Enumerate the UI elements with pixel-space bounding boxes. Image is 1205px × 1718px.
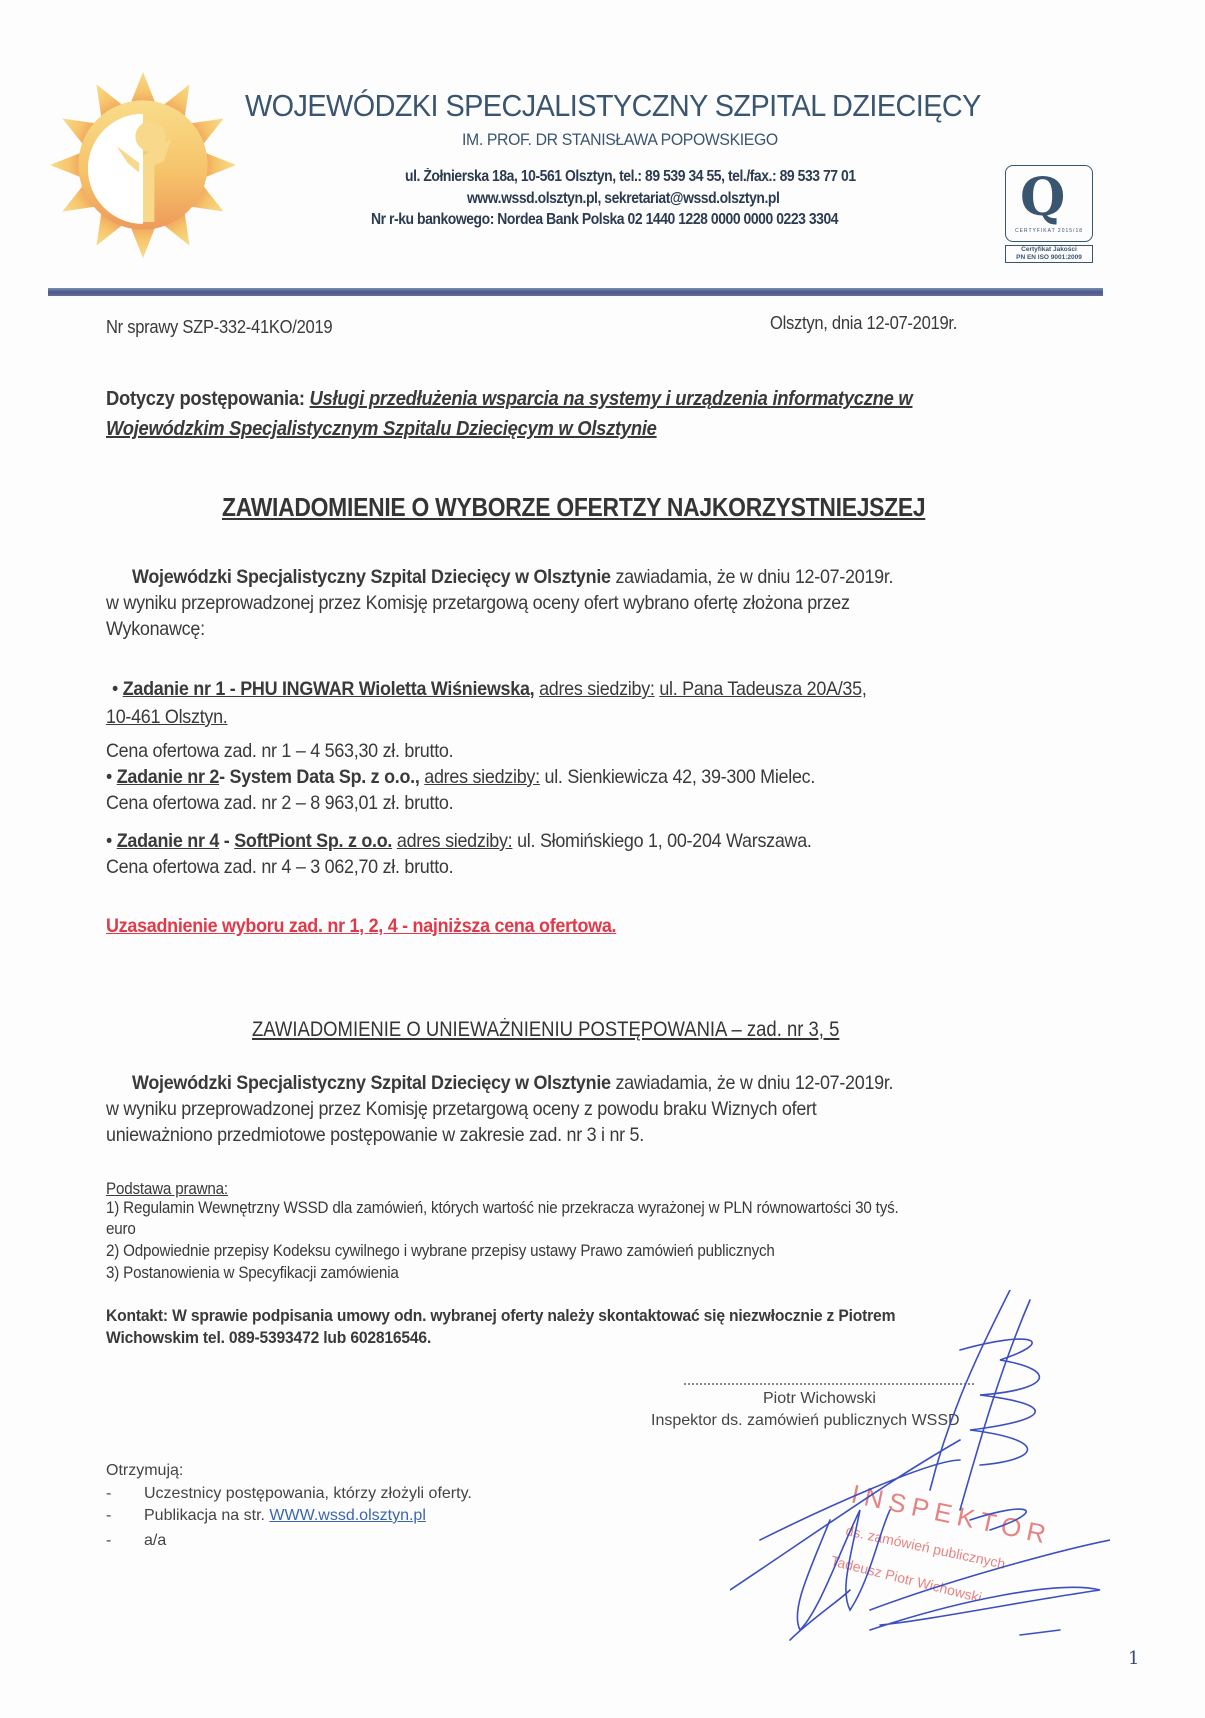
place-date: Olsztyn, dnia 12-07-2019r.: [770, 313, 957, 334]
recipients-title: Otrzymują:: [106, 1462, 183, 1480]
hospital-name-bold: Wojewódzki Specjalistyczny Szpital Dziec…: [132, 566, 611, 588]
legal-basis-item-2: 2) Odpowiednie przepisy Kodeksu cywilneg…: [106, 1242, 775, 1261]
hospital-name-bold: Wojewódzki Specjalistyczny Szpital Dziec…: [132, 1072, 611, 1094]
case-number: Nr sprawy SZP-332-41KO/2019: [106, 317, 332, 338]
certificate-label-line1: Certyfikat Jakości: [1006, 246, 1092, 254]
task-4-price: Cena ofertowa zad. nr 4 – 3 062,70 zł. b…: [106, 856, 453, 879]
task-4-address: ul. Słomińskiego 1, 00-204 Warszawa.: [517, 830, 812, 852]
selection-intro-rest: zawiadamia, że w dniu 12-07-2019r.: [611, 566, 894, 588]
task-4-name: SoftPiont Sp. z o.o.: [234, 830, 392, 852]
task-2-line: • Zadanie nr 2- System Data Sp. z o.o., …: [106, 766, 815, 789]
hospital-patron: IM. PROF. DR STANISŁAWA POPOWSKIEGO: [462, 130, 778, 150]
hospital-address: ul. Żołnierska 18a, 10-561 Olsztyn, tel.…: [405, 168, 856, 186]
task-2-price: Cena ofertowa zad. nr 2 – 8 963,01 zł. b…: [106, 792, 453, 815]
certificate-qa-icon: Q: [1020, 170, 1065, 226]
header-divider: [48, 288, 1103, 296]
page-number: 1: [1128, 1648, 1139, 1669]
recipient-text-3: a/a: [144, 1532, 166, 1550]
recipient-text-2: Publikacja na str.: [144, 1507, 269, 1524]
hospital-bank-account: Nr r-ku bankowego: Nordea Bank Polska 02…: [371, 211, 838, 229]
task-4-label: Zadanie nr 4: [117, 830, 219, 852]
recipient-text-1: Uczestnicy postępowania, którzy złożyli …: [144, 1485, 472, 1503]
legal-basis-title: Podstawa prawna:: [106, 1180, 228, 1199]
annulment-notice-heading: ZAWIADOMIENIE O UNIEWAŻNIENIU POSTĘPOWAN…: [252, 1018, 839, 1042]
legal-basis-item-1: 1) Regulamin Wewnętrzny WSSD dla zamówie…: [106, 1199, 899, 1218]
subject-line-2: Wojewódzkim Specjalistycznym Szpitalu Dz…: [106, 418, 657, 441]
bullet-icon: •: [112, 678, 118, 700]
task-2-address: ul. Sienkiewicza 42, 39-300 Mielec.: [545, 766, 816, 788]
certificate-label-line2: PN EN ISO 9001:2009: [1006, 254, 1092, 262]
subject-label: Dotyczy postępowania:: [106, 388, 305, 410]
task-4-line: • Zadanie nr 4 - SoftPiont Sp. z o.o. ad…: [106, 830, 812, 853]
selection-intro-line-3: Wykonawcę:: [106, 618, 205, 641]
hospital-web-email: www.wssd.olsztyn.pl, sekretariat@wssd.ol…: [467, 190, 779, 208]
annulment-line-2: w wyniku przeprowadzonej przez Komisję p…: [106, 1098, 816, 1121]
certificate-year: CERTYFIKAT 2015/18: [1006, 228, 1092, 234]
selection-justification: Uzasadnienie wyboru zad. nr 1, 2, 4 - na…: [106, 915, 616, 938]
legal-basis-item-3: 3) Postanowienia w Specyfikacji zamówien…: [106, 1264, 399, 1283]
contact-line-2: Wichowskim tel. 089-5393472 lub 60281654…: [106, 1328, 431, 1348]
annulment-line-3: unieważniono przedmiotowe postępowanie w…: [106, 1124, 644, 1147]
hospital-logo: [48, 70, 238, 260]
legal-basis-item-1-cont: euro: [106, 1220, 136, 1239]
hospital-name: WOJEWÓDZKI SPECJALISTYCZNY SZPITAL DZIEC…: [245, 88, 981, 124]
bullet-icon: •: [106, 766, 112, 788]
task-1-address: ul. Pana Tadeusza 20A/35,: [659, 678, 866, 700]
certificate-label: Certyfikat Jakości PN EN ISO 9001:2009: [1005, 245, 1093, 263]
task-2-name: - System Data Sp. z o.o.,: [219, 766, 419, 788]
task-1-address-line-2: 10-461 Olsztyn.: [106, 706, 228, 729]
selection-intro-line-2: w wyniku przeprowadzonej przez Komisję p…: [106, 592, 850, 615]
certificate-frame: Q CERTYFIKAT 2015/18: [1005, 165, 1093, 242]
recipient-item-3: - a/a: [106, 1532, 111, 1550]
selection-notice-heading: ZAWIADOMIENIE O WYBORZE OFERTZY NAJKORZY…: [222, 492, 925, 523]
task-2-address-label: adres siedziby:: [424, 766, 540, 788]
dash-icon: -: [106, 1532, 111, 1549]
task-1-name: Zadanie nr 1 - PHU INGWAR Wioletta Wiśni…: [123, 678, 535, 700]
selection-intro-line-1: Wojewódzki Specjalistyczny Szpital Dziec…: [132, 566, 893, 589]
dash-icon: -: [106, 1485, 111, 1502]
quality-certificate-badge: Q CERTYFIKAT 2015/18 Certyfikat Jakości …: [1005, 165, 1093, 270]
subject-line-1: Dotyczy postępowania: Usługi przedłużeni…: [106, 388, 912, 411]
task-1-address-label: adres siedziby:: [539, 678, 655, 700]
bullet-icon: •: [106, 830, 112, 852]
recipient-item-1: - Uczestnicy postępowania, którzy złożyl…: [106, 1485, 111, 1503]
website-link[interactable]: WWW.wssd.olsztyn.pl: [269, 1507, 425, 1524]
task-4-separator: -: [219, 830, 234, 852]
annulment-intro-rest: zawiadamia, że w dniu 12-07-2019r.: [611, 1072, 894, 1094]
annulment-intro-line-1: Wojewódzki Specjalistyczny Szpital Dziec…: [132, 1072, 893, 1095]
dash-icon: -: [106, 1507, 111, 1524]
subject-text: Usługi przedłużenia wsparcia na systemy …: [310, 388, 913, 410]
task-2-label: Zadanie nr 2: [117, 766, 219, 788]
handwritten-signature: [730, 1290, 1110, 1650]
task-1-price: Cena ofertowa zad. nr 1 – 4 563,30 zł. b…: [106, 740, 453, 763]
task-4-address-label: adres siedziby:: [397, 830, 513, 852]
task-1-line-1: • Zadanie nr 1 - PHU INGWAR Wioletta Wiś…: [112, 678, 867, 701]
recipient-item-2: - Publikacja na str. WWW.wssd.olsztyn.pl: [106, 1507, 111, 1525]
